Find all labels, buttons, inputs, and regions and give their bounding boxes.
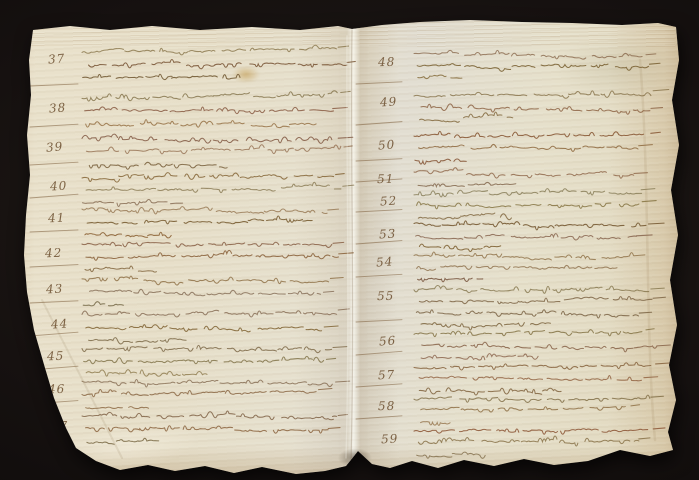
entry-number: 53 [379,226,397,241]
entry-number: 55 [377,288,395,302]
paper-surface: 3738394041424344454647 48495051525354555… [0,0,699,480]
entry-number: 51 [377,172,395,186]
entry-number: 50 [378,137,396,152]
entry-number: 52 [380,194,398,209]
entry-number: 58 [378,399,395,413]
margin-numbers-right: 484950515253545556575859 [0,0,699,480]
entry-number: 56 [379,333,397,348]
entry-number: 59 [380,432,398,447]
entry-number: 57 [378,367,396,382]
entry-number: 49 [380,95,398,110]
entry-number: 54 [376,254,394,269]
entry-number: 48 [378,55,396,69]
manuscript-sheet: 3738394041424344454647 48495051525354555… [0,0,699,480]
archive-scan-background: 3738394041424344454647 48495051525354555… [0,0,699,480]
